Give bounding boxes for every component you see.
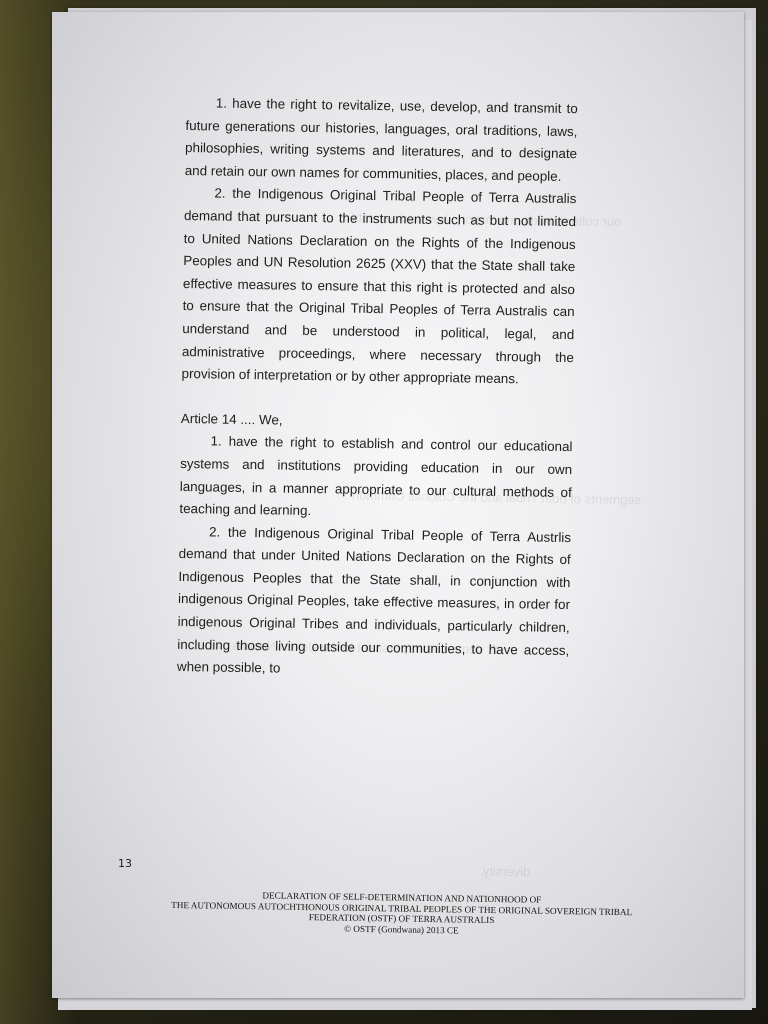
article14-item1: 1. have the right to establish and contr… (179, 430, 572, 527)
page-number: 13 (118, 857, 132, 870)
article14-item2: 2. the Indigenous Original Tribal People… (177, 521, 571, 685)
document-page: our culture, traditions, history, law, a… (52, 12, 744, 998)
body-text: 1. have the right to revitalize, use, de… (177, 92, 578, 685)
showthrough-text: diversity. (480, 864, 531, 880)
article13-item1: 1. have the right to revitalize, use, de… (185, 92, 578, 189)
footer: DECLARATION OF SELF-DETERMINATION AND NA… (111, 888, 692, 939)
article13-item2: 2. the Indigenous Original Tribal People… (181, 182, 576, 391)
